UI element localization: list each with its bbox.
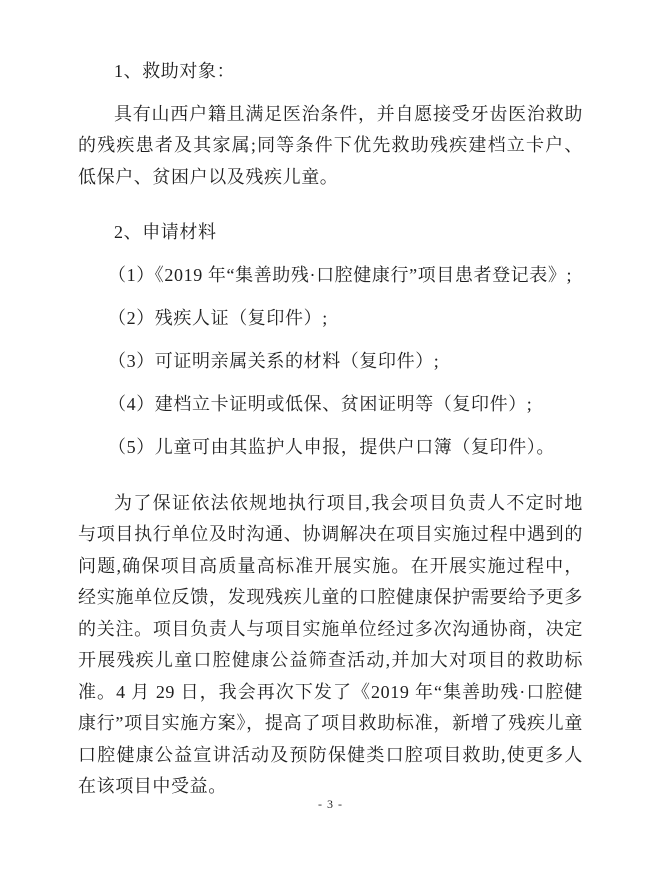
document-content: 1、救助对象： 具有山西户籍且满足医治条件，并自愿接受牙齿医治救助的残疾患者及其…: [78, 56, 583, 803]
document-page: 1、救助对象： 具有山西户籍且满足医治条件，并自愿接受牙齿医治救助的残疾患者及其…: [0, 0, 661, 873]
section2-heading: 2、申请材料: [78, 217, 583, 249]
section1-paragraph: 具有山西户籍且满足医治条件，并自愿接受牙齿医治救助的残疾患者及其家属;同等条件下…: [78, 99, 583, 194]
section1-heading: 1、救助对象：: [78, 56, 583, 88]
application-material-item-2: （2）残疾人证（复印件）;: [78, 303, 583, 335]
closing-paragraph: 为了保证依法依规地执行项目,我会项目负责人不定时地与项目执行单位及时沟通、协调解…: [78, 488, 583, 803]
page-number: - 3 -: [0, 797, 661, 812]
application-material-item-1: （1）《2019 年“集善助残·口腔健康行”项目患者登记表》;: [78, 260, 583, 292]
application-material-item-3: （3）可证明亲属关系的材料（复印件）;: [78, 346, 583, 378]
application-material-item-5: （5）儿童可由其监护人申报，提供户口簿（复印件）。: [78, 432, 583, 464]
application-material-item-4: （4）建档立卡证明或低保、贫困证明等（复印件）;: [78, 389, 583, 421]
